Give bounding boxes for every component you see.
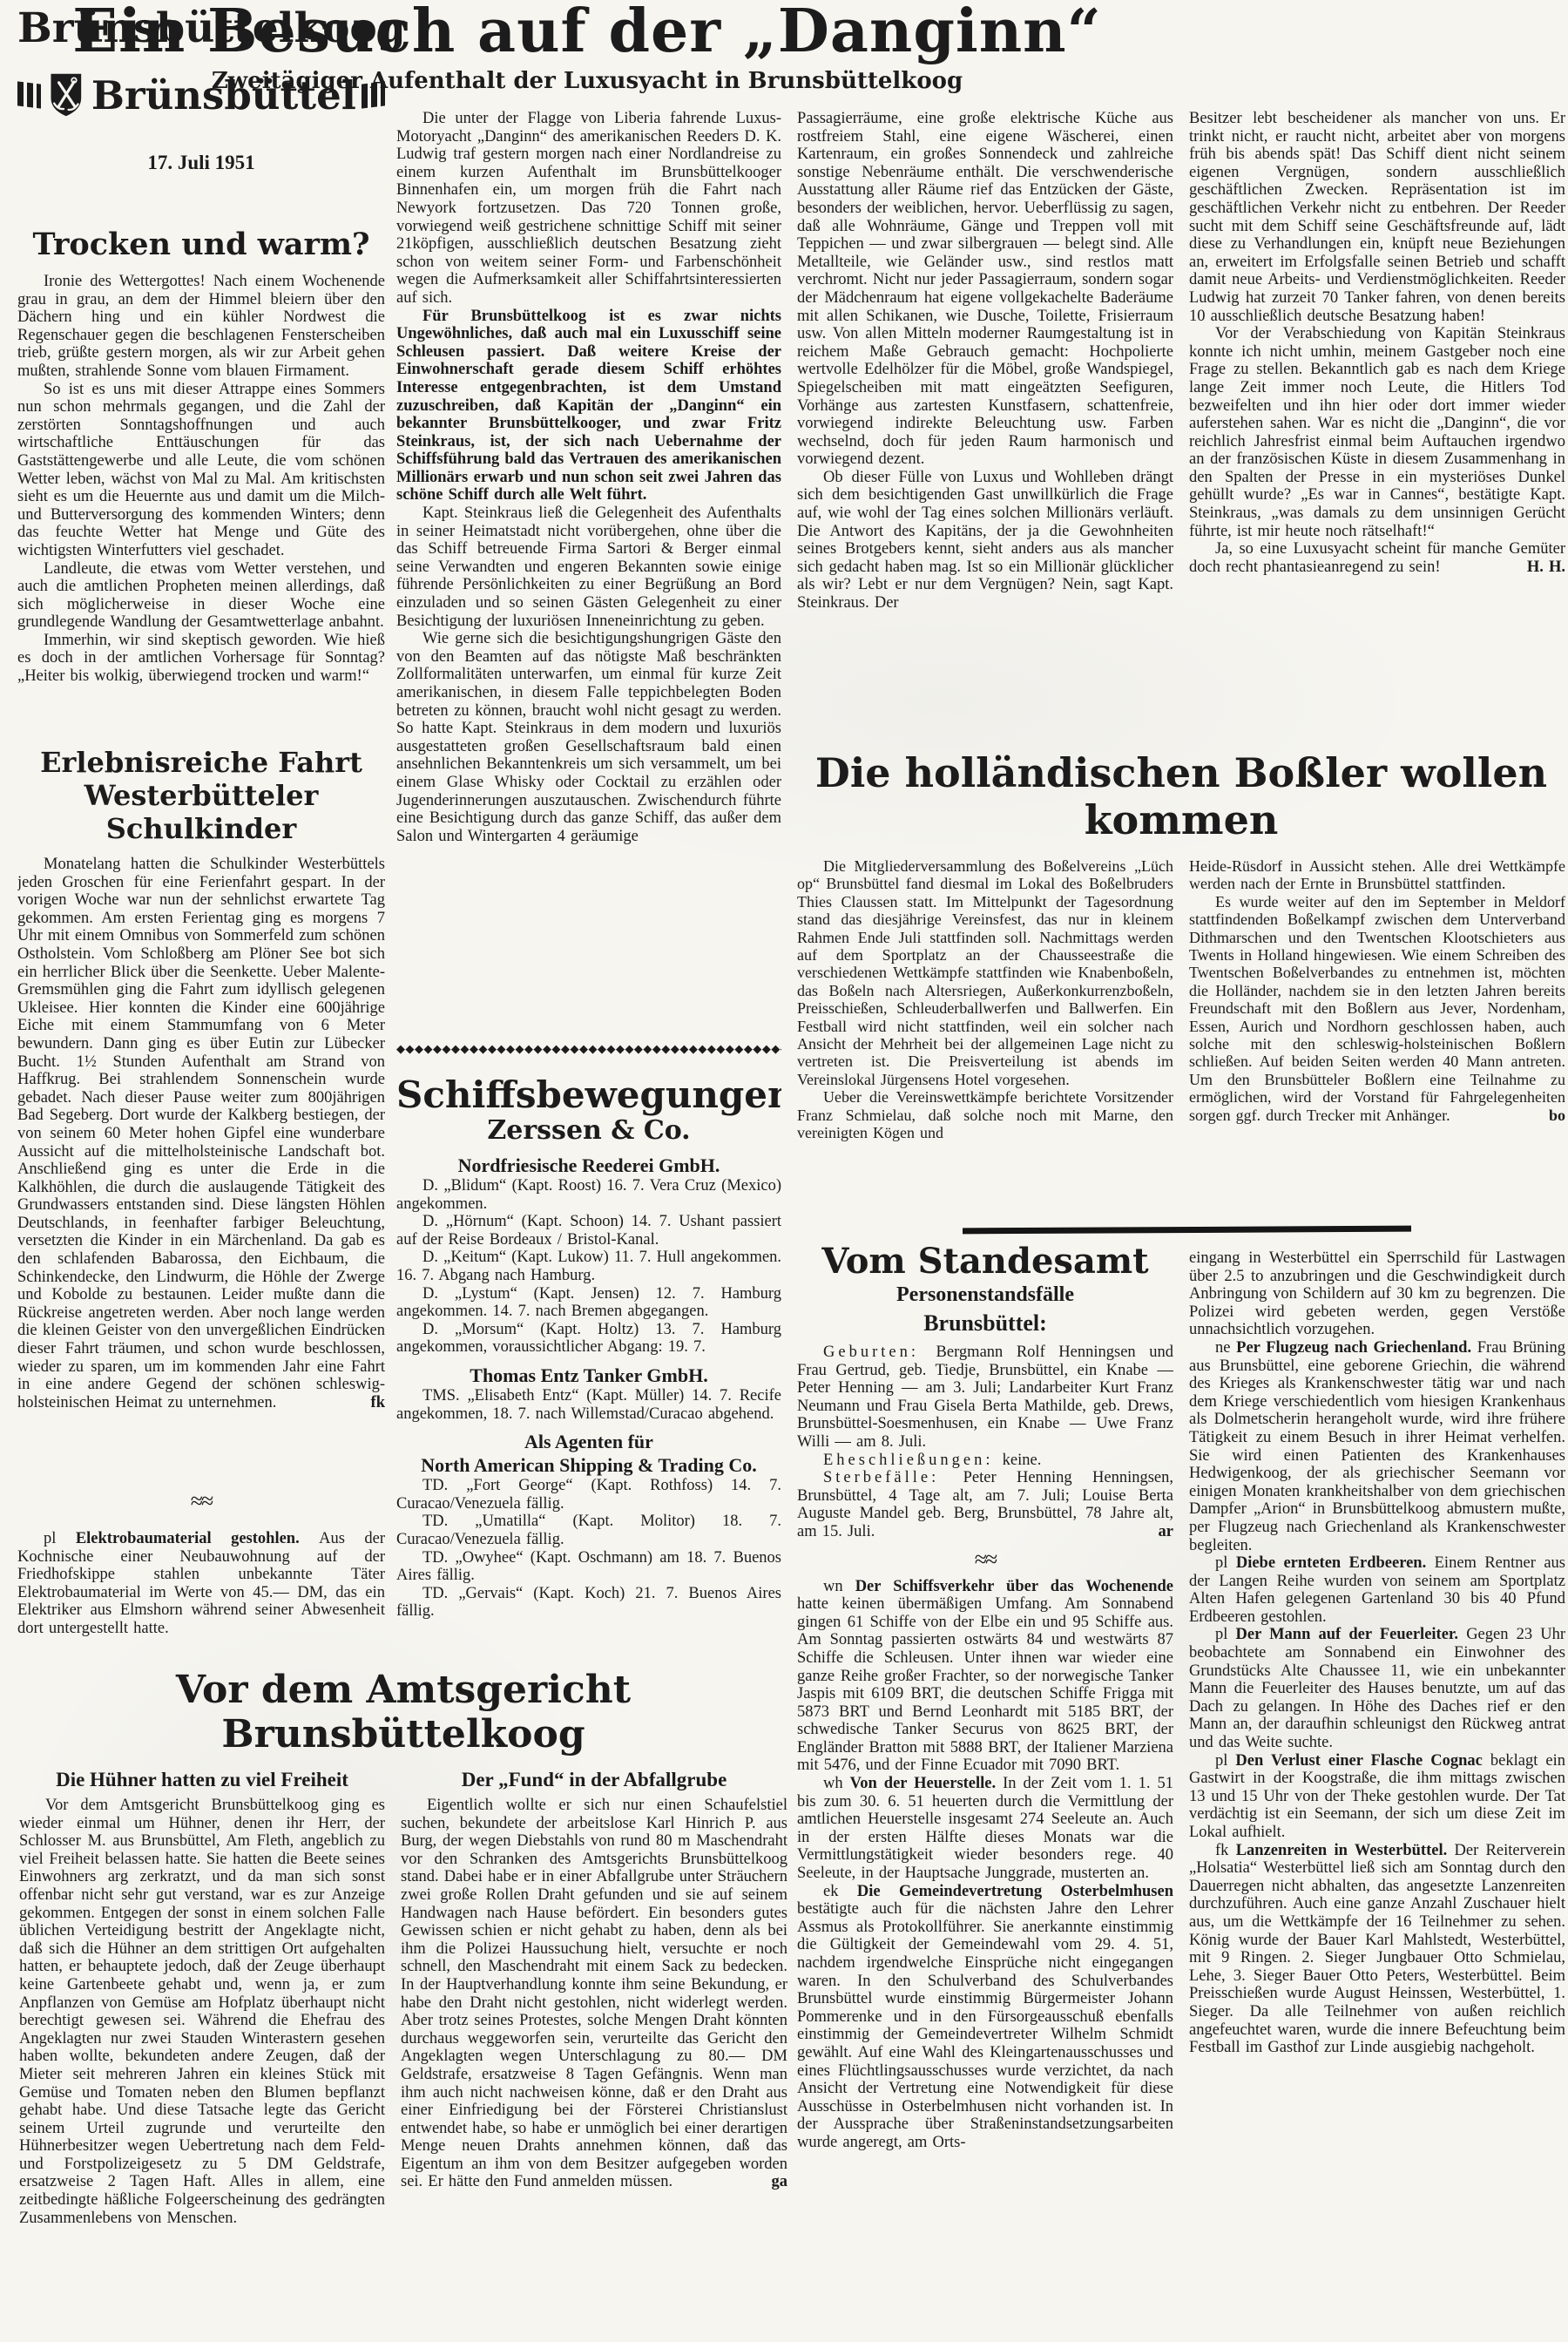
ship-entry: D. „Hörnum“ (Kapt. Schoon) 14. 7. Ushant… — [396, 1213, 781, 1249]
article-schulkinder-fahrt: Erlebnisreiche FahrtWesterbütteler Schul… — [17, 746, 385, 1486]
section-subtitle: Personenstandsfälle — [797, 1283, 1173, 1307]
squiggle-separator: ≈≈ — [797, 1547, 1173, 1573]
issue-date: 17. Juli 1951 — [17, 152, 385, 174]
ship-list: TMS. „Elisabeth Entz“ (Kapt. Müller) 14.… — [396, 1387, 781, 1423]
paragraph: Heide-Rüsdorf in Aussicht stehen. Alle d… — [1189, 857, 1565, 893]
ship-entry: D. „Blidum“ (Kapt. Roost) 16. 7. Vera Cr… — [396, 1177, 781, 1213]
section-headline: Vor dem Amtsgericht Brunsbüttelkoog — [19, 1668, 787, 1756]
ship-entry: D. „Lystum“ (Kapt. Jensen) 12. 7. Hambur… — [396, 1285, 781, 1321]
births-paragraph: Geburten: Bergmann Rolf Henningsen und F… — [797, 1344, 1173, 1452]
place-heading: Brunsbüttel: — [797, 1310, 1173, 1337]
paragraph: Ironie des Wettergottes! Nach einem Woch… — [17, 273, 385, 381]
news-item-elektro-gestohlen: pl Elektrobaumaterial gestohlen. Aus der… — [17, 1530, 385, 1661]
news-item-flugzeug-griechenland: ne Per Flugzeug nach Griechenland. Frau … — [1189, 1339, 1565, 1554]
paragraph: Ob dieser Fülle von Luxus und Wohlleben … — [797, 469, 1173, 613]
article-trocken-und-warm: Trocken und warm? Ironie des Wettergotte… — [17, 227, 385, 746]
paragraph: Immerhin, wir sind skeptisch geworden. W… — [17, 632, 385, 686]
amtsgericht-right-column: Der „Fund“ in der Abfallgrube Eigentlich… — [401, 1769, 787, 2191]
paragraph: Die Mitgliederversammlung des Boßelverei… — [797, 857, 1173, 1088]
article-title: Trocken und warm? — [17, 227, 385, 262]
fleet-heading: Nordfriesische Reederei GmbH. — [396, 1154, 781, 1177]
fleet-heading: Thomas Entz Tanker GmbH. — [396, 1364, 781, 1387]
article-headline: Die holländischen Boßler wollen kommen — [797, 749, 1565, 843]
agency-name: Zerssen & Co. — [396, 1115, 781, 1147]
paragraph: Monatelang hatten die Schulkinder Wester… — [17, 856, 385, 1411]
author-initials: H. H. — [1517, 558, 1565, 577]
section-title: Schiffsbewegungen — [396, 1075, 781, 1115]
deaths-paragraph: Sterbefälle: Peter Henning Henningsen, B… — [797, 1469, 1173, 1540]
amtsgericht-left-column: Die Hühner hatten zu viel Freiheit Vor d… — [19, 1769, 385, 2227]
news-item-gemeindevertretung: ek Die Gemeindevertretung Osterbelmhusen… — [797, 1883, 1173, 2152]
anchor-crest-icon — [46, 52, 86, 138]
ship-entry: D. „Morsum“ (Kapt. Holtz) 13. 7. Hamburg… — [396, 1321, 781, 1357]
paragraph: Landleute, die etwas vom Wetter verstehe… — [17, 560, 385, 632]
section-title: Vom Standesamt — [797, 1241, 1173, 1282]
paragraph: Vor dem Amtsgericht Brunsbüttelkoog ging… — [19, 1797, 385, 2227]
ship-entry: TD. „Gervais“ (Kapt. Koch) 21. 7. Buenos… — [396, 1585, 781, 1621]
case-subhead: Die Hühner hatten zu viel Freiheit — [19, 1769, 385, 1791]
paragraph: Wie gerne sich die besichtigungshungrige… — [396, 630, 781, 845]
diamond-separator: ◆◆◆◆◆◆◆◆◆◆◆◆◆◆◆◆◆◆◆◆◆◆◆◆◆◆◆◆◆◆◆◆◆◆◆◆◆◆◆◆… — [396, 1042, 781, 1056]
bossler-right-column: Heide-Rüsdorf in Aussicht stehen. Alle d… — [1189, 857, 1565, 1124]
ship-list: D. „Blidum“ (Kapt. Roost) 16. 7. Vera Cr… — [396, 1177, 781, 1357]
paragraph: Kapt. Steinkraus ließ die Gelegenheit de… — [396, 504, 781, 630]
ship-entry: TD. „Umatilla“ (Kapt. Molitor) 18. 7. Cu… — [396, 1513, 781, 1548]
article-title: Erlebnisreiche FahrtWesterbütteler Schul… — [17, 746, 385, 845]
ship-entry: TMS. „Elisabeth Entz“ (Kapt. Müller) 14.… — [396, 1387, 781, 1423]
paragraph: Ueber die Vereinswettkämpfe berichtete V… — [797, 1088, 1173, 1141]
paragraph: Vor der Verabschiedung von Kapitän Stein… — [1189, 325, 1565, 540]
author-initials: ar — [1148, 1523, 1173, 1541]
paragraph: pl Elektrobaumaterial gestohlen. Aus der… — [17, 1530, 385, 1638]
ship-list: TD. „Fort George“ (Kapt. Rothfoss) 14. 7… — [396, 1477, 781, 1621]
fleet-heading: Als Agenten fürNorth American Shipping &… — [396, 1430, 781, 1477]
ship-entry: D. „Keitum“ (Kapt. Lukow) 11. 7. Hull an… — [396, 1249, 781, 1284]
news-item-schiffsverkehr: wn Der Schiffsverkehr über das Wochenend… — [797, 1578, 1173, 1776]
section-standesamt: Vom Standesamt Personenstandsfälle Bruns… — [797, 1241, 1173, 2342]
masthead-title-line1: Brünsbüttelkoog — [17, 7, 385, 51]
paragraph: Es wurde weiter auf den im September in … — [1189, 893, 1565, 1124]
squiggle-separator: ≈≈ — [17, 1488, 385, 1514]
marriages-paragraph: Eheschließungen: keine. — [797, 1452, 1173, 1470]
paragraph: Besitzer lebt bescheidener als mancher v… — [1189, 110, 1565, 325]
local-news-column: eingang in Westerbüttel ein Sperrschild … — [1189, 1249, 1565, 2342]
paragraph: So ist es uns mit dieser Attrappe eines … — [17, 381, 385, 560]
paragraph-bold: Für Brunsbüttelkoog ist es zwar nichts U… — [396, 308, 781, 505]
news-item-feuerleiter: pl Der Mann auf der Feuerleiter. Gegen 2… — [1189, 1626, 1565, 1751]
ship-entry: TD. „Fort George“ (Kapt. Rothfoss) 14. 7… — [396, 1477, 781, 1513]
case-subhead: Der „Fund“ in der Abfallgrube — [401, 1769, 787, 1791]
author-initials: bo — [1538, 1107, 1565, 1124]
lead-article-column-1: Die unter der Flagge von Liberia fahrend… — [396, 110, 781, 1035]
article-bossler: Die holländischen Boßler wollen kommen D… — [797, 749, 1565, 1242]
author-initials: ga — [761, 2173, 788, 2191]
ship-entry: TD. „Owyhee“ (Kapt. Oschmann) am 18. 7. … — [396, 1549, 781, 1585]
newspaper-page: Brünsbüttelkoog Brünsbüttel 17. Juli 195… — [0, 0, 1568, 2342]
news-item-cognac: pl Den Verlust einer Flasche Cognac bekl… — [1189, 1752, 1565, 1842]
continuation-paragraph: eingang in Westerbüttel ein Sperrschild … — [1189, 1249, 1565, 1339]
paragraph: Die unter der Flagge von Liberia fahrend… — [396, 110, 781, 308]
paragraph: Eigentlich wollte er sich nur einen Scha… — [401, 1797, 787, 2191]
banner-ribbon-right-icon — [362, 81, 385, 108]
news-item-heuerstelle: wh Von der Heuerstelle. In der Zeit vom … — [797, 1775, 1173, 1883]
masthead-title-line2-row: Brünsbüttel — [17, 52, 385, 138]
paragraph: Passagierräume, eine große elektrische K… — [797, 110, 1173, 469]
masthead: Brünsbüttelkoog Brünsbüttel 17. Juli 195… — [17, 7, 385, 174]
bossler-left-column: Die Mitgliederversammlung des Boßelverei… — [797, 857, 1173, 1142]
news-item-lanzenreiten: fk Lanzenreiten in Westerbüttel. Der Rei… — [1189, 1842, 1565, 2057]
lead-article-column-3: Besitzer lebt bescheidener als mancher v… — [1189, 110, 1565, 748]
news-item-erdbeeren: pl Diebe ernteten Erdbeeren. Einem Rentn… — [1189, 1554, 1565, 1626]
paragraph: Ja, so eine Luxusyacht scheint für manch… — [1189, 540, 1565, 576]
banner-ribbon-left-icon — [17, 81, 41, 108]
section-schiffsbewegungen: ◆◆◆◆◆◆◆◆◆◆◆◆◆◆◆◆◆◆◆◆◆◆◆◆◆◆◆◆◆◆◆◆◆◆◆◆◆◆◆◆… — [396, 1042, 781, 1689]
section-amtsgericht: Vor dem Amtsgericht Brunsbüttelkoog Die … — [19, 1668, 787, 2342]
lead-article-column-2: Passagierräume, eine große elektrische K… — [797, 110, 1173, 742]
author-initials: fk — [361, 1394, 385, 1412]
masthead-title-line2: Brünsbüttel — [91, 72, 356, 118]
